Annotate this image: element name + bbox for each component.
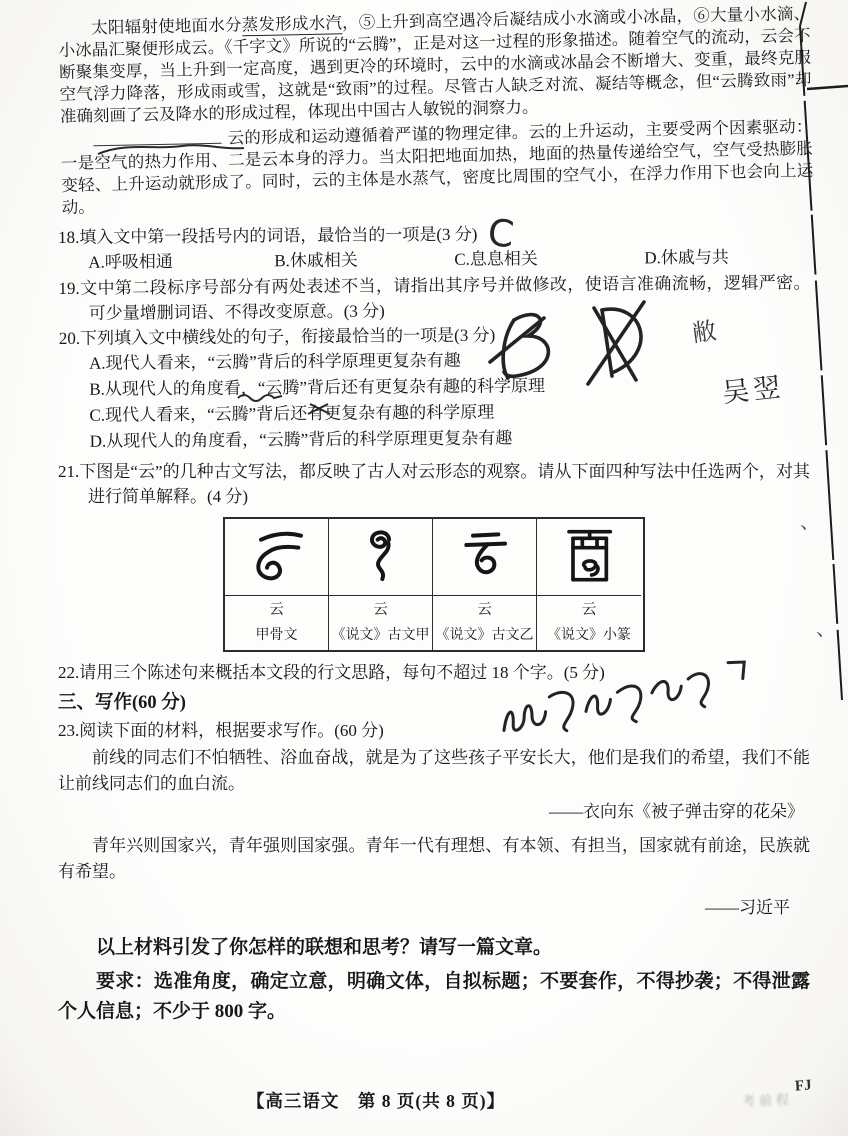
glyph-source: 《说文》古文甲 — [329, 623, 432, 648]
section-3-heading: 三、写作(60 分) — [58, 691, 810, 716]
handwritten-margin-char: 敝 — [690, 311, 719, 349]
glyph-label-2: 云 《说文》古文甲 — [329, 596, 433, 650]
glyph-label-1: 云 甲骨文 — [225, 596, 329, 650]
option-20-d: D.从现代人的角度看，“云腾”背后的科学原理更复杂有趣 — [60, 423, 812, 455]
handwritten-tick-mark: 、 — [816, 612, 836, 641]
essay-requirements: 要求：选准角度，确定立意，明确文体，自拟标题；不要套作，不得抄袭；不得泄露个人信… — [58, 967, 810, 1027]
fill-in-blank-line — [93, 131, 221, 147]
shuowen-guwen-jia-yun-glyph-icon — [329, 519, 433, 596]
question-21-section: 21.下图是“云”的几种古文写法，都反映了古人对云形态的观察。请从下面四种写法中… — [58, 459, 810, 1027]
option-18-c: C.息息相关 — [454, 245, 644, 272]
essay-material-2: 青年兴则国家兴，青年强则国家强。青年一代有理想、有本领、有担当，国家就有前途，民… — [58, 833, 810, 885]
oracle-bone-yun-glyph-icon — [225, 519, 329, 596]
ancient-yun-glyph-table: 云 甲骨文 云 《说文》古文甲 云 《说文》古文乙 云 《说文》小篆 — [223, 517, 645, 652]
passage-paragraph-2: 云的形成和运动遵循着严谨的物理定律。云的上升运动，主要受两个因素驱动：一是空气的… — [60, 116, 814, 219]
underlined-phrase: 蒸发形成水汽 — [242, 13, 343, 36]
glyph-char: 云 — [537, 598, 641, 623]
glyph-label-4: 云 《说文》小篆 — [537, 596, 641, 650]
reading-passage: 太阳辐射使地面水分蒸发形成水汽，⑤上升到高空遇冷后凝结成小水滴或小冰晶，⑥大量小… — [58, 3, 814, 219]
glyph-char: 云 — [329, 598, 432, 623]
scanned-exam-page: 太阳辐射使地面水分蒸发形成水汽，⑤上升到高空遇冷后凝结成小水滴或小冰晶，⑥大量小… — [0, 0, 848, 1136]
shuowen-guwen-yi-yun-glyph-icon — [433, 519, 537, 596]
option-18-d: D.休戚与共 — [644, 245, 729, 272]
question-23: 23.阅读下面的材料，根据要求写作。(60 分) — [58, 718, 810, 743]
glyph-label-3: 云 《说文》古文乙 — [433, 596, 537, 650]
handwritten-margin-name: 吴翌 — [720, 365, 786, 410]
essay-material-1: 前线的同志们不怕牺牲、浴血奋战，就是为了这些孩子平安长大，他们是我们的希望，我们… — [58, 745, 810, 797]
page-footer-label: 【高三语文 第 8 页(共 8 页)】 — [0, 1088, 752, 1113]
question-21: 21.下图是“云”的几种古文写法，都反映了古人对云形态的观察。请从下面四种写法中… — [58, 459, 810, 509]
glyph-char: 云 — [225, 598, 328, 623]
glyph-char: 云 — [433, 598, 536, 623]
glyph-source: 甲骨文 — [225, 623, 328, 648]
question-22: 22.请用三个陈述句来概括本文段的行文思路，每句不超过 18 个字。(5 分) — [58, 660, 810, 685]
shuowen-xiaozhuan-yun-glyph-icon — [537, 519, 641, 596]
handwritten-answer-q18: C — [486, 211, 516, 256]
glyph-source: 《说文》小篆 — [537, 623, 641, 648]
attribution-2: ——习近平 — [58, 895, 804, 921]
option-18-b: B.休戚相关 — [274, 247, 454, 274]
footer-code: FJ — [794, 1077, 812, 1095]
glyph-source: 《说文》古文乙 — [433, 623, 536, 648]
option-18-a: A.呼吸相通 — [88, 248, 274, 275]
essay-prompt: 以上材料引发了你怎样的联想和思考？请写一篇文章。 — [58, 933, 810, 963]
passage-paragraph-1: 太阳辐射使地面水分蒸发形成水汽，⑤上升到高空遇冷后凝结成小水滴或小冰晶，⑥大量小… — [58, 3, 812, 128]
attribution-1: ——衣向东《被子弹击穿的花朵》 — [58, 799, 804, 825]
handwritten-tick-mark: 、 — [800, 505, 820, 534]
passage-p1-pre: 太阳辐射使地面水分 — [91, 15, 242, 37]
